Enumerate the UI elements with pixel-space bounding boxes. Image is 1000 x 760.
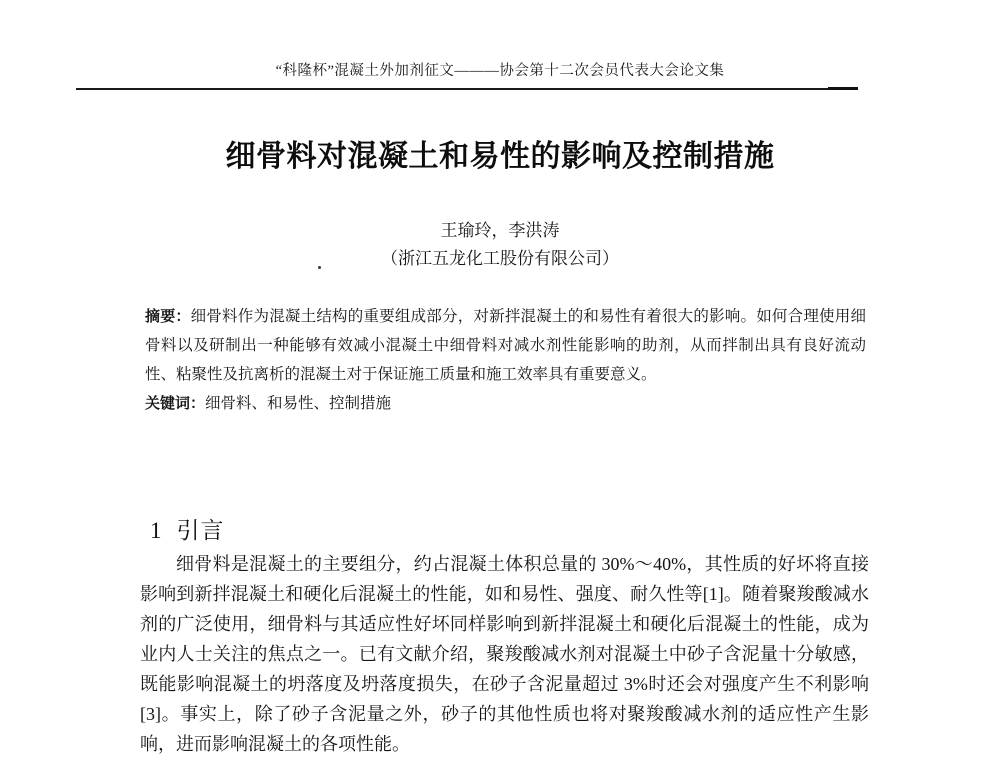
- scan-artifact-dot: [318, 266, 321, 269]
- authors: 王瑜玲，李洪涛: [0, 216, 1000, 241]
- paper-title: 细骨料对混凝土和易性的影响及控制措施: [0, 131, 1000, 175]
- section-heading-introduction: 1引言: [150, 512, 225, 545]
- section-title: 引言: [177, 518, 225, 543]
- keywords-label: 关键词：: [145, 395, 205, 412]
- header-rule-tail: [828, 87, 858, 90]
- journal-header: “科隆杯”混凝土外加剂征文———协会第十二次会员代表大会论文集: [0, 59, 1000, 80]
- abstract-block: 摘要：细骨料作为混凝土结构的重要组成部分，对新拌混凝土的和易性有着很大的影响。如…: [145, 302, 866, 418]
- keywords-text: 细骨料、和易性、控制措施: [205, 395, 391, 412]
- keywords-line: 关键词：细骨料、和易性、控制措施: [145, 389, 866, 418]
- abstract-paragraph: 摘要：细骨料作为混凝土结构的重要组成部分，对新拌混凝土的和易性有着很大的影响。如…: [145, 302, 866, 389]
- abstract-label: 摘要：: [145, 308, 191, 325]
- affiliation: （浙江五龙化工股份有限公司）: [0, 244, 1000, 269]
- introduction-paragraph: 细骨料是混凝土的主要组分，约占混凝土体积总量的 30%～40%，其性质的好坏将直…: [140, 549, 869, 759]
- header-rule: [76, 88, 857, 90]
- abstract-text: 细骨料作为混凝土结构的重要组成部分，对新拌混凝土的和易性有着很大的影响。如何合理…: [145, 308, 866, 383]
- paper-page: “科隆杯”混凝土外加剂征文———协会第十二次会员代表大会论文集 细骨料对混凝土和…: [0, 0, 1000, 760]
- section-number: 1: [150, 518, 163, 543]
